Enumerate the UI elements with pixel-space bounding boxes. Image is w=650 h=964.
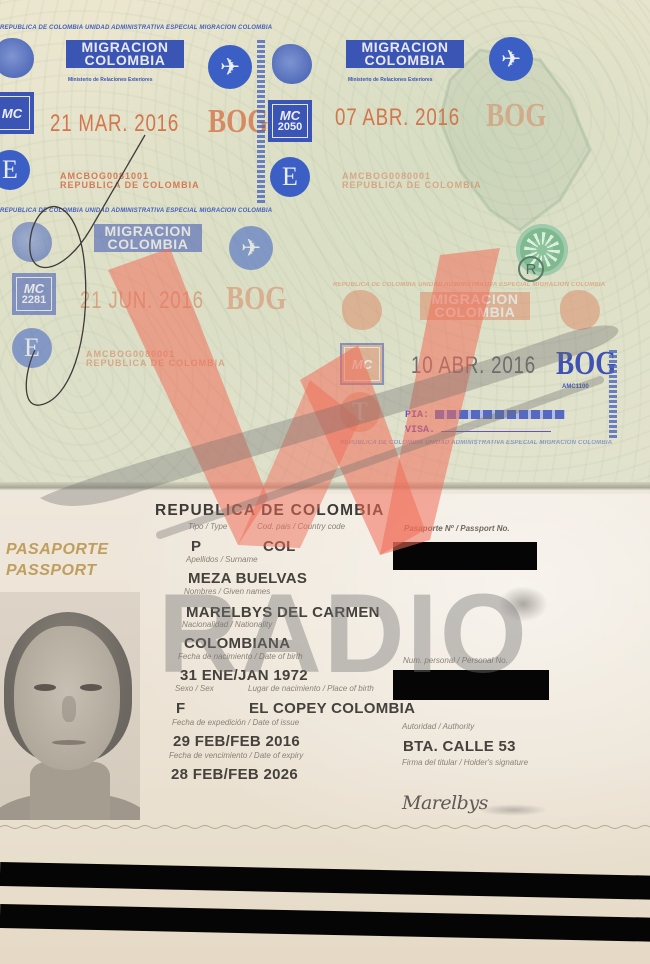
stamp-border-text: REPUBLICA DE COLOMBIA UNIDAD ADMINISTRAT… [333, 282, 605, 288]
entry-e-icon: E [12, 328, 52, 368]
pia-number-obscured [435, 410, 565, 419]
holder-signature: Marelbys [402, 792, 488, 814]
passport-bio-page: REPUBLICA DE COLOMBIA PASAPORTE PASSPORT… [0, 494, 650, 964]
field-label-authority: Autoridad / Authority [402, 722, 474, 731]
stamp-footer: AMCBOG0080001 REPUBLICA DE COLOMBIA [342, 172, 482, 191]
visa-stamps-page: REPUBLICA DE COLOMBIA UNIDAD ADMINISTRAT… [0, 0, 650, 488]
field-authority: BTA. CALLE 53 [403, 738, 516, 755]
airplane-icon: ✈ [489, 37, 533, 81]
field-label-surname: Apellidos / Surname [186, 555, 258, 564]
field-surname: MEZA BUELVAS [188, 570, 307, 587]
field-type: P [191, 538, 201, 555]
stamp-airport-code: BOG [556, 345, 616, 383]
field-date-of-expiry: 28 FEB/FEB 2026 [171, 766, 298, 783]
field-date-of-birth: 31 ENE/JAN 1972 [180, 667, 308, 684]
document-type-label: PASAPORTE PASSPORT [6, 540, 109, 582]
stamp-vertical-border [257, 40, 265, 205]
photo-nose [62, 696, 76, 722]
stamp-date: 21 JUN. 2016 [80, 287, 204, 315]
personal-number-redaction [393, 670, 549, 700]
airplane-icon: ✈ [208, 45, 252, 89]
stamp-airport-code: BOG [226, 280, 286, 318]
stamp-footer-country: REPUBLICA DE COLOMBIA [342, 181, 482, 190]
stamp-footer-country: REPUBLICA DE COLOMBIA [86, 359, 226, 368]
field-label-date-of-expiry: Fecha de vencimiento / Date of expiry [169, 751, 303, 760]
migracion-colombia-logo: MIGRACION COLOMBIA [66, 40, 184, 68]
migracion-colombia-logo: MIGRACION COLOMBIA [420, 292, 530, 320]
field-label-sex: Sexo / Sex [175, 684, 214, 693]
logo-line-2: COLOMBIA [69, 54, 181, 67]
visa-line [441, 431, 551, 432]
logo-line-2: COLOMBIA [423, 306, 527, 319]
globe-map-icon [560, 290, 600, 330]
logo-subtitle: Ministerio de Relaciones Exteriores [348, 77, 432, 83]
field-label-nationality: Nacionalidad / Nationality [182, 620, 272, 629]
document-label-es: PASAPORTE [6, 540, 109, 561]
stamp-date: 10 ABR. 2016 [411, 352, 536, 380]
stamp-airport-code: BOG [486, 97, 546, 135]
mc-prefix: MC [2, 107, 22, 120]
globe-map-icon [342, 290, 382, 330]
stamp-footer: AMCBOG0080001 REPUBLICA DE COLOMBIA [86, 350, 226, 369]
photo-neck [30, 762, 110, 820]
passport-number-redaction [393, 542, 537, 570]
officer-code: 2050 [278, 122, 302, 133]
pia-label: PIA: [405, 410, 429, 421]
stamp-date: 21 MAR. 2016 [50, 110, 179, 138]
officer-code-badge: MC [340, 343, 384, 385]
stamp-border-text: REPUBLICA DE COLOMBIA UNIDAD ADMINISTRAT… [340, 440, 612, 446]
photo-mouth [52, 740, 86, 745]
field-label-signature: Firma del titular / Holder's signature [402, 758, 528, 767]
signature-blur [478, 804, 548, 816]
document-label-en: PASSPORT [6, 561, 109, 582]
globe-map-icon [272, 44, 312, 84]
field-place-of-birth: EL COPEY COLOMBIA [249, 700, 415, 717]
visa-label: VISA. [405, 425, 435, 436]
field-label-personal-no: Num. personal / Personal No. [403, 656, 508, 665]
field-nationality: COLOMBIANA [184, 635, 290, 652]
stamp-date: 07 ABR. 2016 [335, 104, 460, 132]
logo-subtitle: Ministerio de Relaciones Exteriores [68, 77, 152, 83]
field-label-place-of-birth: Lugar de nacimiento / Place of birth [248, 684, 374, 693]
officer-code-badge: MC 2050 [268, 100, 312, 142]
registered-mark-icon: R [518, 256, 544, 282]
entry-e-icon: E [270, 157, 310, 197]
photo-eye-right [80, 684, 102, 691]
stamp-border-text: REPUBLICA DE COLOMBIA UNIDAD ADMINISTRAT… [0, 208, 272, 214]
logo-line-2: COLOMBIA [97, 238, 199, 251]
field-label-date-of-birth: Fecha de nacimiento / Date of birth [178, 652, 303, 661]
officer-code: 2281 [22, 295, 46, 306]
ghost-emblem [498, 586, 548, 622]
stamp-footer: AMCBOG0081001 REPUBLICA DE COLOMBIA [60, 172, 200, 191]
stamp-border-text: REPUBLICA DE COLOMBIA UNIDAD ADMINISTRAT… [0, 25, 272, 31]
migracion-colombia-logo: MIGRACION COLOMBIA [346, 40, 464, 68]
stamp-vertical-border [609, 350, 617, 440]
officer-code-badge: MC [0, 92, 34, 134]
field-label-date-of-issue: Fecha de expedición / Date of issue [172, 718, 299, 727]
logo-line-2: COLOMBIA [349, 54, 461, 67]
field-label-country-code: Cod. pais / Country code [257, 522, 345, 531]
field-sex: F [176, 700, 185, 717]
field-date-of-issue: 29 FEB/FEB 2016 [173, 733, 300, 750]
photo-eye-left [34, 684, 56, 691]
security-wavy-line [0, 824, 650, 830]
field-given-names: MARELBYS DEL CARMEN [186, 604, 380, 621]
officer-code-badge: MC 2281 [12, 273, 56, 315]
mrz-line-2-redaction [0, 904, 650, 942]
country-title: REPUBLICA DE COLOMBIA [155, 502, 385, 520]
stamp-airport-sub: AMC1100 [562, 384, 589, 390]
pia-field: PIA: [405, 410, 565, 421]
field-label-type: Tipo / Type [188, 522, 227, 531]
field-label-passport-no: Pasaporte Nº / Passport No. [404, 524, 510, 533]
airplane-icon: ✈ [229, 226, 273, 270]
holder-photo [0, 592, 140, 820]
field-label-given-names: Nombres / Given names [184, 587, 270, 596]
visa-field: VISA. [405, 425, 551, 436]
globe-map-icon [12, 222, 52, 262]
field-country-code: COL [263, 538, 296, 555]
stamp-footer-country: REPUBLICA DE COLOMBIA [60, 181, 200, 190]
entry-t-icon: T [340, 392, 380, 432]
migracion-colombia-logo: MIGRACION COLOMBIA [94, 224, 202, 252]
mc-prefix: MC [352, 358, 372, 371]
mrz-line-1-redaction [0, 862, 650, 900]
